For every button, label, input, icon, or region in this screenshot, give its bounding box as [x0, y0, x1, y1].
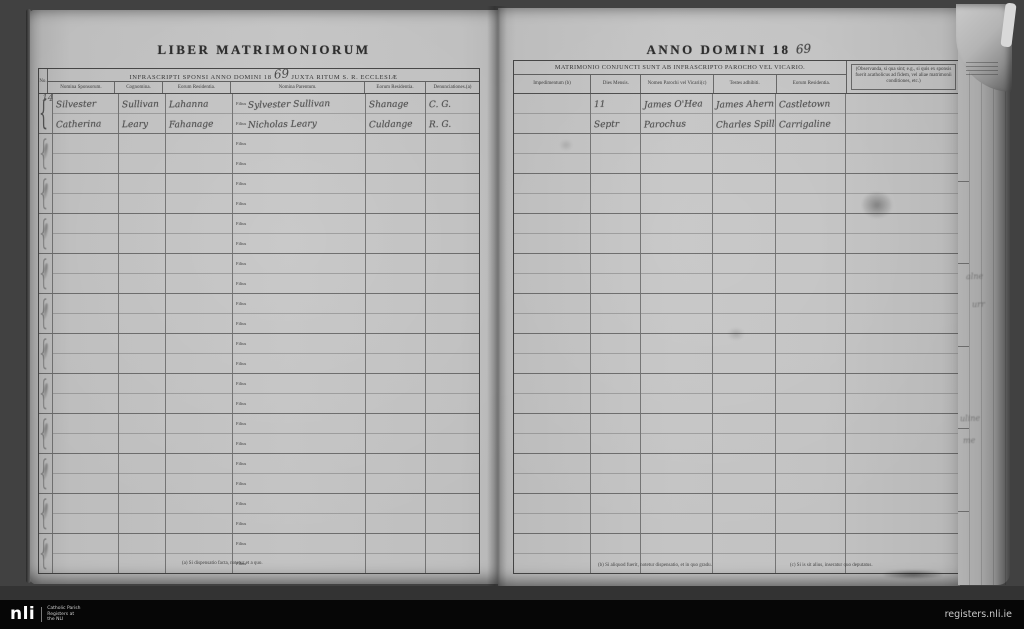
writing-line: [776, 274, 845, 293]
writing-line: Filius: [233, 274, 365, 293]
row-number-cell: {: [39, 134, 53, 173]
table-cell: [846, 414, 960, 453]
left-header-band: INFRASCRIPTI SPONSI ANNO DOMINI 18 69 JU…: [48, 69, 479, 82]
writing-line: [166, 294, 232, 314]
right-page: ANNO DOMINI 18 69 MATRIMONIO CONJUNCTI S…: [498, 8, 960, 586]
row-number-cell: {: [39, 254, 53, 293]
table-cell: [591, 214, 641, 253]
writing-line: [53, 494, 118, 514]
writing-line: [713, 414, 775, 434]
writing-line: Filius: [233, 414, 365, 434]
writing-line: [846, 414, 960, 434]
table-cell: [641, 174, 713, 213]
writing-line: [846, 274, 960, 293]
writing-line: [713, 554, 775, 573]
table-cell: [366, 134, 426, 173]
handwritten-text: R. G.: [429, 116, 452, 133]
table-cell: [53, 414, 119, 453]
table-cell: CastletownCarrigaline: [776, 94, 846, 133]
table-cell: [514, 374, 591, 413]
table-cell: [641, 334, 713, 373]
table-cell: [166, 534, 233, 573]
filius-label: Filius: [236, 294, 246, 313]
writing-line: [426, 414, 479, 434]
writing-line: [366, 274, 425, 293]
table-cell: [713, 174, 776, 213]
writing-line: [166, 494, 232, 514]
writing-line: Charles Spillane: [713, 114, 775, 133]
writing-line: [426, 354, 479, 373]
table-cell: [776, 494, 846, 533]
column-header-parent-residentia: Eorum Residentia.: [365, 82, 426, 93]
table-cell: [591, 494, 641, 533]
writing-line: [366, 194, 425, 213]
writing-line: [846, 234, 960, 253]
writing-line: [366, 374, 425, 394]
nli-logo: nli: [10, 606, 35, 623]
writing-line: [514, 374, 590, 394]
writing-line: [846, 354, 960, 373]
writing-line: [776, 474, 845, 493]
writing-line: [426, 374, 479, 394]
table-cell: [776, 374, 846, 413]
table-cell: FiliusFilius: [233, 414, 366, 453]
writing-line: [591, 154, 640, 173]
row-number-cell: {: [39, 454, 53, 493]
table-cell: [426, 534, 479, 573]
table-cell: [591, 374, 641, 413]
writing-line: [846, 514, 960, 533]
writing-line: [776, 354, 845, 373]
writing-line: FiliusSylvester Sullivan: [233, 94, 365, 114]
register-row: {FiliusFilius: [39, 494, 479, 534]
table-cell: [426, 294, 479, 333]
writing-line: [776, 514, 845, 533]
writing-line: [641, 334, 712, 354]
filius-label: Filius: [236, 334, 246, 353]
band-text-post: JUXTA RITUM S. R. ECCLESIÆ: [291, 74, 397, 81]
table-cell: [166, 254, 233, 293]
writing-line: [641, 514, 712, 533]
table-cell: [514, 334, 591, 373]
filius-label: Filius: [236, 494, 246, 513]
writing-line: Filius: [233, 394, 365, 413]
left-page: LIBER MATRIMONIORUM No. INFRASCRIPTI SPO…: [30, 10, 498, 584]
table-cell: [53, 334, 119, 373]
filius-label: Filius: [236, 194, 246, 213]
writing-line: [366, 154, 425, 173]
register-row: {FiliusFilius: [39, 254, 479, 294]
table-cell: [514, 134, 591, 173]
writing-line: [166, 474, 232, 493]
writing-line: [641, 174, 712, 194]
table-cell: [426, 134, 479, 173]
writing-line: [366, 514, 425, 533]
column-header-parochi: Nomen Parochi vel Vicarii(c): [641, 75, 713, 93]
edge-rule-mark: [958, 511, 969, 512]
right-column-headers: Impedimentum (b) Dies Mensis. Nomen Paro…: [514, 75, 846, 93]
register-row: [514, 134, 960, 174]
filius-label: Filius: [236, 154, 246, 173]
writing-line: [366, 474, 425, 493]
column-header-testes-residentia: Eorum Residentia.: [777, 75, 846, 93]
handwritten-text: Silvester: [56, 96, 97, 114]
right-table-header: MATRIMONIO CONJUNCTI SUNT AB INFRASCRIPT…: [514, 61, 960, 94]
table-cell: [776, 294, 846, 333]
table-cell: [776, 414, 846, 453]
writing-line: [514, 154, 590, 173]
edge-rule-mark: [958, 428, 969, 429]
writing-line: [166, 454, 232, 474]
writing-line: [426, 234, 479, 253]
left-footnote: (a) Si dispensatio facta, notetur et a q…: [182, 561, 263, 566]
register-row: [514, 214, 960, 254]
writing-line: Lahanna: [166, 94, 232, 114]
table-cell: [166, 494, 233, 533]
writing-line: [53, 174, 118, 194]
observanda-note: (Observanda, si qua sint; e.g., si quis …: [851, 64, 956, 90]
writing-line: [366, 454, 425, 474]
handwritten-text: Fahanage: [169, 116, 214, 133]
table-cell: [366, 414, 426, 453]
writing-line: [53, 214, 118, 234]
handwritten-text: C. G.: [429, 96, 451, 114]
table-cell: [776, 134, 846, 173]
writing-line: [846, 434, 960, 453]
bleed-through-writing: uline: [960, 414, 980, 424]
writing-line: [514, 434, 590, 453]
writing-line: [53, 294, 118, 314]
table-cell: FiliusFilius: [233, 374, 366, 413]
table-cell: [776, 214, 846, 253]
writing-line: Silvester: [53, 94, 118, 114]
writing-line: [846, 454, 960, 474]
writing-line: Filius: [233, 234, 365, 253]
filius-label: Filius: [236, 374, 246, 393]
writing-line: [713, 394, 775, 413]
writing-line: [366, 294, 425, 314]
table-cell: [846, 454, 960, 493]
table-cell: [776, 254, 846, 293]
table-cell: [846, 94, 960, 133]
writing-line: [53, 154, 118, 173]
writing-line: R. G.: [426, 114, 479, 133]
logo-caption-line: the NLI: [47, 617, 80, 623]
writing-line: [119, 334, 165, 354]
register-row: {FiliusFilius: [39, 374, 479, 414]
writing-line: [713, 214, 775, 234]
writing-line: [776, 414, 845, 434]
writing-line: Filius: [233, 374, 365, 394]
right-title-text: ANNO DOMINI 18: [646, 42, 790, 57]
writing-line: [426, 294, 479, 314]
handwritten-text: 11: [594, 96, 606, 114]
table-cell: [426, 334, 479, 373]
filius-label: Filius: [236, 114, 246, 133]
writing-line: [641, 494, 712, 514]
table-cell: [53, 134, 119, 173]
writing-line: [776, 294, 845, 314]
writing-line: James Ahern: [713, 94, 775, 114]
writing-line: [846, 174, 960, 194]
writing-line: [591, 434, 640, 453]
writing-line: [119, 134, 165, 154]
handwritten-year: 69: [796, 41, 812, 56]
table-cell: [166, 134, 233, 173]
writing-line: [641, 214, 712, 234]
writing-line: [119, 194, 165, 213]
filius-label: Filius: [236, 514, 246, 533]
table-cell: [713, 214, 776, 253]
right-footnote-c: (c) Si is sit alius, inseratur quo deput…: [790, 563, 873, 568]
writing-line: [119, 174, 165, 194]
writing-line: [166, 534, 232, 554]
writing-line: [514, 174, 590, 194]
table-cell: [514, 534, 591, 573]
writing-line: [641, 294, 712, 314]
writing-line: [514, 194, 590, 213]
table-cell: [514, 174, 591, 213]
writing-line: [366, 534, 425, 554]
table-cell: [591, 454, 641, 493]
writing-line: [776, 154, 845, 173]
handwritten-text: Catherina: [56, 116, 102, 133]
writing-line: [776, 194, 845, 213]
writing-line: [119, 374, 165, 394]
writing-line: [713, 174, 775, 194]
writing-line: [53, 454, 118, 474]
table-cell: [119, 334, 166, 373]
register-row: {FiliusFilius: [39, 534, 479, 573]
writing-line: [713, 294, 775, 314]
writing-line: [641, 254, 712, 274]
table-cell: [53, 214, 119, 253]
filius-label: Filius: [236, 274, 246, 293]
viewer-footer-bar: nli Catholic Parish Registers at the NLI…: [0, 600, 1024, 629]
filius-label: Filius: [236, 394, 246, 413]
writing-line: Septr: [591, 114, 640, 133]
writing-line: [846, 94, 960, 114]
edge-tiny-text: [966, 62, 998, 75]
writing-line: [776, 174, 845, 194]
table-cell: [713, 374, 776, 413]
writing-line: [846, 494, 960, 514]
table-cell: [641, 414, 713, 453]
table-cell: [591, 414, 641, 453]
table-cell: [641, 254, 713, 293]
left-page-title: LIBER MATRIMONIORUM: [30, 42, 498, 58]
writing-line: [119, 534, 165, 554]
left-register-table: No. INFRASCRIPTI SPONSI ANNO DOMINI 18 6…: [38, 68, 480, 574]
register-row: [514, 374, 960, 414]
table-cell: [641, 494, 713, 533]
table-cell: FiliusFilius: [233, 534, 366, 573]
table-cell: [713, 334, 776, 373]
writing-line: [846, 154, 960, 173]
writing-line: [846, 134, 960, 154]
row-number-cell: {: [39, 294, 53, 333]
writing-line: [641, 134, 712, 154]
right-header-band: MATRIMONIO CONJUNCTI SUNT AB INFRASCRIPT…: [514, 61, 846, 75]
handwritten-text: James Ahern: [716, 95, 774, 114]
writing-line: [713, 454, 775, 474]
writing-line: Fahanage: [166, 114, 232, 133]
table-cell: [166, 414, 233, 453]
table-cell: LahannaFahanage: [166, 94, 233, 133]
table-cell: [591, 334, 641, 373]
row-number-cell: {14: [39, 94, 53, 133]
writing-line: [426, 154, 479, 173]
writing-line: [846, 254, 960, 274]
writing-line: [591, 234, 640, 253]
table-cell: [166, 374, 233, 413]
filius-label: Filius: [236, 414, 246, 433]
table-cell: [366, 454, 426, 493]
handwritten-text: Sullivan: [122, 96, 159, 114]
filius-label: Filius: [236, 174, 246, 193]
writing-line: [53, 314, 118, 333]
writing-line: [166, 274, 232, 293]
table-cell: [119, 174, 166, 213]
column-header-cognomina: Cognomina.: [115, 82, 163, 93]
writing-line: Catherina: [53, 114, 118, 133]
writing-line: [591, 454, 640, 474]
table-cell: [846, 294, 960, 333]
writing-line: [846, 294, 960, 314]
writing-line: [591, 274, 640, 293]
writing-line: [641, 394, 712, 413]
column-header-no: No.: [39, 69, 48, 93]
column-header-denunciationes: Denunciationes.(a): [426, 82, 479, 93]
band-text-pre: INFRASCRIPTI SPONSI ANNO DOMINI 18: [130, 74, 272, 81]
table-cell: SilvesterCatherina: [53, 94, 119, 133]
writing-line: Filius: [233, 514, 365, 533]
edge-rule-mark: [958, 346, 969, 347]
writing-line: [426, 134, 479, 154]
writing-line: [641, 234, 712, 253]
writing-line: Filius: [233, 494, 365, 514]
table-cell: FiliusFilius: [233, 214, 366, 253]
table-cell: [713, 454, 776, 493]
writing-line: [514, 454, 590, 474]
table-cell: [514, 414, 591, 453]
writing-line: Filius: [233, 254, 365, 274]
writing-line: [846, 334, 960, 354]
writing-line: [53, 354, 118, 373]
writing-line: [119, 314, 165, 333]
writing-line: [166, 414, 232, 434]
right-header-left: MATRIMONIO CONJUNCTI SUNT AB INFRASCRIPT…: [514, 61, 847, 93]
table-cell: [514, 254, 591, 293]
writing-line: [119, 414, 165, 434]
writing-line: Filius: [233, 314, 365, 333]
writing-line: [591, 294, 640, 314]
writing-line: [514, 234, 590, 253]
writing-line: [591, 334, 640, 354]
table-cell: [166, 454, 233, 493]
writing-line: [776, 534, 845, 554]
writing-line: [53, 394, 118, 413]
table-cell: [713, 254, 776, 293]
column-header-dies: Dies Mensis.: [591, 75, 641, 93]
register-row: {FiliusFilius: [39, 174, 479, 214]
table-cell: [514, 454, 591, 493]
handwritten-text: Carrigaline: [779, 115, 831, 133]
writing-line: [119, 474, 165, 493]
ink-stain: [862, 192, 892, 218]
table-cell: [366, 294, 426, 333]
table-cell: FiliusFilius: [233, 294, 366, 333]
writing-line: [426, 554, 479, 573]
writing-line: [166, 514, 232, 533]
writing-line: [776, 254, 845, 274]
writing-line: [776, 454, 845, 474]
table-cell: [426, 174, 479, 213]
writing-line: [591, 494, 640, 514]
column-header-testes: Testes adhibiti.: [714, 75, 777, 93]
register-row: {FiliusFilius: [39, 214, 479, 254]
filius-label: Filius: [236, 434, 246, 453]
writing-line: [426, 194, 479, 213]
handwritten-text: Sylvester Sullivan: [248, 95, 330, 114]
writing-line: [366, 334, 425, 354]
register-row: [514, 174, 960, 214]
table-cell: [776, 334, 846, 373]
writing-line: [166, 374, 232, 394]
row-number-cell: {: [39, 534, 53, 573]
writing-line: [53, 374, 118, 394]
writing-line: Filius: [233, 474, 365, 493]
handwritten-text: Shanage: [369, 96, 409, 114]
writing-line: [366, 394, 425, 413]
writing-line: Filius: [233, 214, 365, 234]
writing-line: [591, 314, 640, 333]
writing-line: [514, 494, 590, 514]
writing-line: [514, 394, 590, 413]
writing-line: [426, 334, 479, 354]
table-cell: [591, 254, 641, 293]
writing-line: [119, 454, 165, 474]
table-cell: [426, 494, 479, 533]
writing-line: [713, 354, 775, 373]
register-row: {FiliusFilius: [39, 294, 479, 334]
table-cell: [514, 494, 591, 533]
writing-line: Filius: [233, 134, 365, 154]
filius-label: Filius: [236, 534, 246, 553]
writing-line: [713, 474, 775, 493]
table-cell: [366, 334, 426, 373]
column-header-residentia: Eorum Residentia.: [163, 82, 231, 93]
writing-line: Shanage: [366, 94, 425, 114]
table-cell: [53, 254, 119, 293]
writing-line: [591, 374, 640, 394]
writing-line: [426, 174, 479, 194]
writing-line: [846, 314, 960, 333]
writing-line: [776, 214, 845, 234]
handwritten-text: Charles Spillane: [716, 115, 775, 133]
writing-line: [119, 514, 165, 533]
writing-line: Filius: [233, 294, 365, 314]
filius-label: Filius: [236, 314, 246, 333]
table-cell: [119, 414, 166, 453]
writing-line: [366, 414, 425, 434]
writing-line: [166, 434, 232, 453]
table-cell: 11Septr: [591, 94, 641, 133]
table-cell: [776, 174, 846, 213]
writing-line: [119, 294, 165, 314]
table-cell: ShanageCuldange: [366, 94, 426, 133]
writing-line: [514, 414, 590, 434]
